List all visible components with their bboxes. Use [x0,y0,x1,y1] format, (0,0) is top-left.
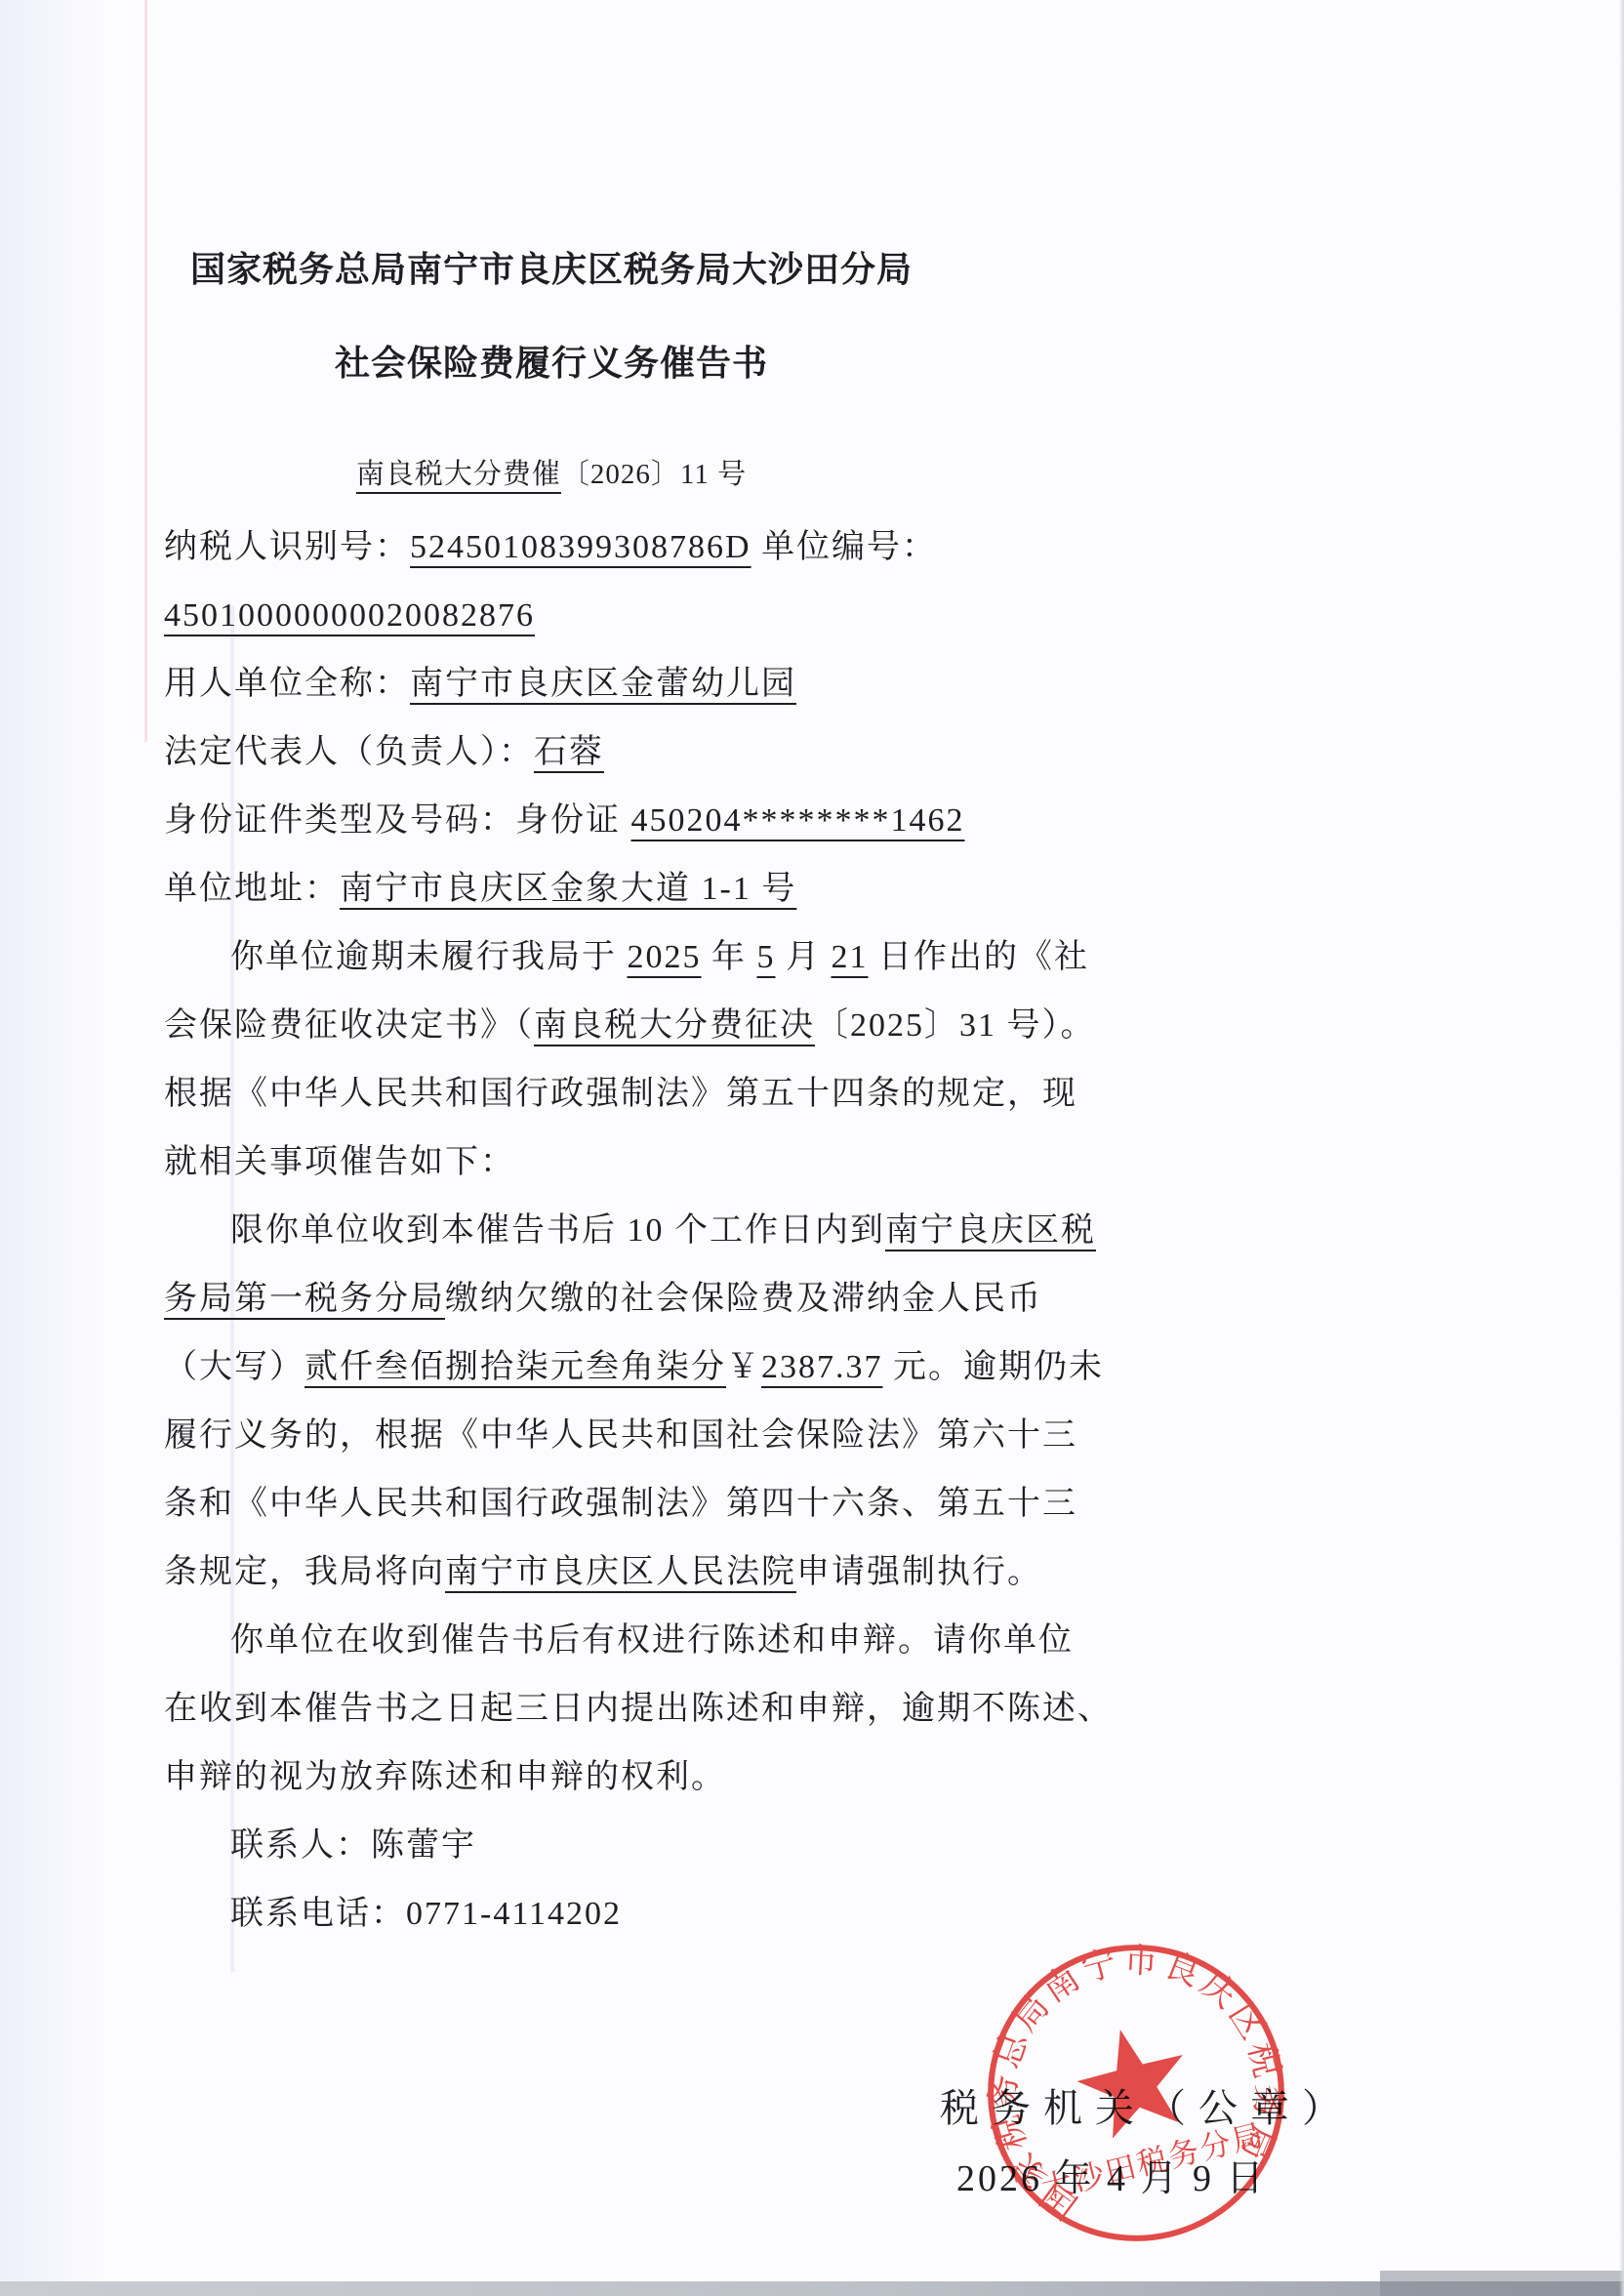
text-segment: 21 [832,939,869,975]
body-line: 申辩的视为放弃陈述和申辩的权利。 [164,1743,1101,1812]
text-segment: 2387.37 [761,1349,883,1385]
text-segment: 联系人：陈蕾宇 [230,1827,476,1864]
text-segment: 52450108399308786D [410,529,751,565]
text-segment: 〔2025〕31 号）。 [815,1007,1096,1044]
text-segment: 2025 [628,939,702,975]
text-segment: 年 [702,939,757,975]
text-segment: 南宁市良庆区金象大道 1-1 号 [340,871,796,907]
document-title-line2: 社会保险费履行义务催告书 [0,336,1103,386]
document-number-code: 南良税大分费催 [356,459,561,490]
text-segment: 申辩的视为放弃陈述和申辩的权利。 [164,1759,726,1795]
body-line: 你单位逾期未履行我局于 2025 年 5 月 21 日作出的《社 [164,923,1101,992]
document-body: 纳税人识别号：52450108399308786D 单位编号：450100000… [164,513,1101,1948]
text-segment: 月 [776,939,832,975]
text-segment: 条规定，我局将向 [164,1554,445,1590]
body-line: 单位地址：南宁市良庆区金象大道 1-1 号 [164,855,1101,923]
text-segment: 用人单位全称： [164,666,410,702]
text-segment: （大写） [164,1349,304,1385]
text-segment: 450204********1462 [631,802,965,839]
document-number-suffix: 〔2026〕11 号 [561,459,747,490]
text-segment: 5 [757,939,776,975]
text-segment: 你单位逾期未履行我局于 [230,939,628,975]
text-segment: 石蓉 [534,734,604,770]
text-segment: 南宁市良庆区金蕾幼儿园 [410,666,796,702]
text-segment: 身份证件类型及号码：身份证 [164,802,631,839]
text-segment: 45010000000020082876 [164,597,535,634]
body-line: 身份证件类型及号码：身份证 450204********1462 [164,787,1101,855]
text-segment: 单位地址： [164,871,340,907]
text-segment: 日作出的《社 [869,939,1090,975]
text-segment: 元。逾期仍未 [883,1349,1105,1385]
text-segment: 南宁良庆区税 [885,1212,1096,1249]
body-line: 会保险费征收决定书》（南良税大分费征决〔2025〕31 号）。 [164,992,1101,1060]
body-line: 务局第一税务分局缴纳欠缴的社会保险费及滞纳金人民币 [164,1265,1101,1333]
text-segment: 南宁市良庆区人民法院 [445,1554,796,1590]
text-segment: 联系电话：0771-4114202 [230,1896,622,1932]
seal-branch-text: 大沙田税务分局 [1038,2117,1268,2206]
document-number: 南良税大分费催〔2026〕11 号 [0,452,1103,492]
body-line: 在收到本催告书之日起三日内提出陈述和申辩，逾期不陈述、 [164,1675,1101,1743]
text-segment: 纳税人识别号： [164,529,410,565]
text-segment: 缴纳欠缴的社会保险费及滞纳金人民币 [445,1281,1042,1317]
text-segment: 履行义务的，根据《中华人民共和国社会保险法》第六十三 [164,1417,1077,1454]
body-line: 联系电话：0771-4114202 [164,1880,1101,1948]
text-segment: 限你单位收到本催告书后 10 个工作日内到 [230,1212,885,1249]
body-line: 法定代表人（负责人）：石蓉 [164,718,1101,787]
body-line: 用人单位全称：南宁市良庆区金蕾幼儿园 [164,650,1101,718]
text-segment: 你单位在收到催告书后有权进行陈述和申辩。请你单位 [230,1622,1074,1659]
text-segment: 根据《中华人民共和国行政强制法》第五十四条的规定，现 [164,1076,1077,1112]
text-segment: 会保险费征收决定书》（ [164,1007,534,1044]
body-line: 45010000000020082876 [164,582,1101,650]
official-red-seal: 国家税务总局南宁市良庆区税务局 大沙田税务分局 [945,1902,1328,2285]
seal-star-icon [1068,2017,1198,2144]
text-segment: ￥ [726,1349,761,1385]
body-line: 你单位在收到催告书后有权进行陈述和申辩。请你单位 [164,1607,1101,1675]
text-segment: 申请强制执行。 [796,1554,1042,1590]
text-segment: 贰仟叁佰捌拾柒元叁角柒分 [304,1349,726,1385]
text-segment: 务局第一税务分局 [164,1281,445,1317]
text-segment: 条和《中华人民共和国行政强制法》第四十六条、第五十三 [164,1486,1077,1522]
body-line: 纳税人识别号：52450108399308786D 单位编号： [164,513,1101,582]
body-line: 限你单位收到本催告书后 10 个工作日内到南宁良庆区税 [164,1197,1101,1265]
text-segment: 法定代表人（负责人）： [164,734,534,770]
document-title-line1: 国家税务总局南宁市良庆区税务局大沙田分局 [0,242,1103,292]
scan-artifact-bottom-corner [1380,2271,1624,2296]
text-segment: 南良税大分费征决 [534,1007,815,1044]
text-segment: 就相关事项催告如下： [164,1144,515,1180]
body-line: 就相关事项催告如下： [164,1128,1101,1197]
body-line: 条和《中华人民共和国行政强制法》第四十六条、第五十三 [164,1470,1101,1538]
scanned-document-page: 国家税务总局南宁市良庆区税务局大沙田分局 社会保险费履行义务催告书 南良税大分费… [0,0,1624,2296]
body-line: 履行义务的，根据《中华人民共和国社会保险法》第六十三 [164,1402,1101,1470]
text-segment: 单位编号： [751,529,938,565]
text-segment: 在收到本催告书之日起三日内提出陈述和申辩，逾期不陈述、 [164,1691,1113,1727]
scan-artifact-right-edge [1619,0,1624,2296]
body-line: 联系人：陈蕾宇 [164,1812,1101,1880]
body-line: 根据《中华人民共和国行政强制法》第五十四条的规定，现 [164,1060,1101,1128]
body-line: （大写）贰仟叁佰捌拾柒元叁角柒分￥2387.37 元。逾期仍未 [164,1333,1101,1402]
body-line: 条规定，我局将向南宁市良庆区人民法院申请强制执行。 [164,1538,1101,1607]
